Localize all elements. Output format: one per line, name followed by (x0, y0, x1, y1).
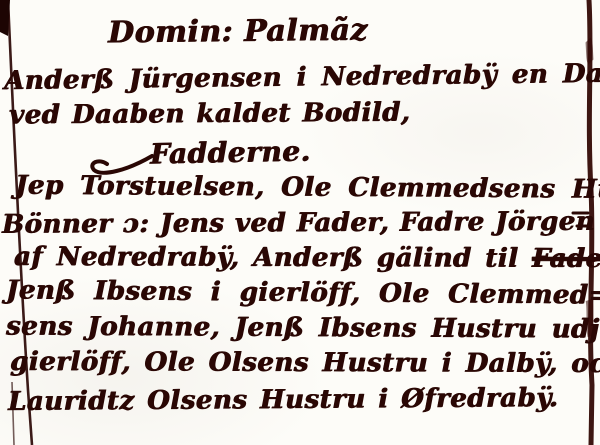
manuscript-line: af Nedredrabÿ, Anderß gälind til Fader (14, 241, 600, 276)
manuscript-line: Lauridtz Olsens Hustru i Øfredrabÿ. (8, 382, 558, 418)
heading-palm-sunday: Domin: Palmãz (108, 12, 368, 52)
manuscript-line-godparents-heading: Fadderne. (150, 133, 311, 171)
manuscript-line: sens Johanne, Jenß Ibsens Hustru udj (6, 310, 600, 346)
manuscript-line: Jenß Ibsens i gierlöff, Ole Clemmed= (6, 274, 600, 312)
manuscript-line: Jep Torstuelsen, Ole Clemmedsens Huande= (15, 170, 600, 207)
manuscript-line: ved Daaben kaldet Bodild, (9, 97, 411, 132)
manuscript-page: Domin: Palmãz Anderß Jürgensen i Nedredr… (0, 0, 600, 445)
manuscript-line: Bönner ɔ: Jens ved Fader, Fadre Jörgen a… (2, 205, 600, 241)
struck-word: Fader (532, 244, 600, 274)
manuscript-line: gierlöff, Ole Olsens Hustru i Dalbÿ, och (10, 346, 600, 381)
line-text: af Nedredrabÿ, Anderß gälind til (14, 242, 532, 274)
